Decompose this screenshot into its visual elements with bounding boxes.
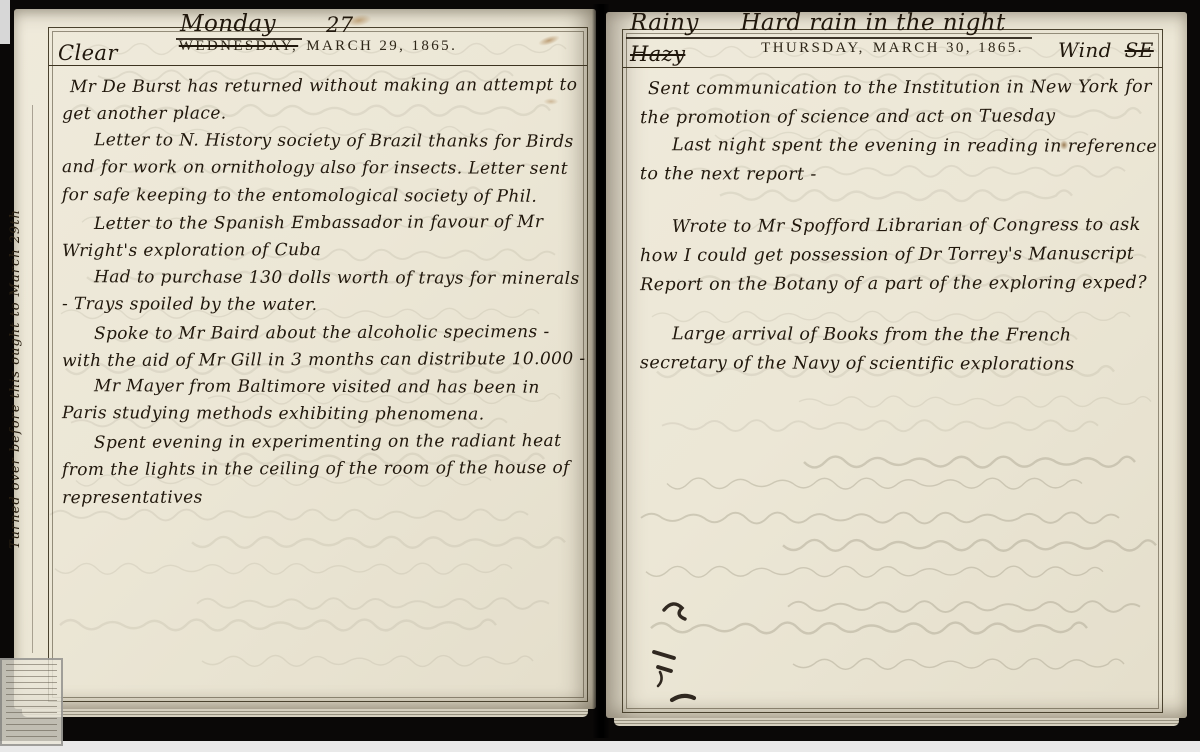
diary-entry: Spent evening in experimenting on the ra… bbox=[62, 428, 590, 513]
wind-value-struck: SE bbox=[1125, 38, 1154, 62]
diary-entry: Wrote to Mr Spofford Librarian of Congre… bbox=[640, 211, 1160, 300]
diary-entry: Letter to the Spanish Embassador in favo… bbox=[62, 209, 590, 266]
diary-page-left: Monday 27 WEDNESDAY, MARCH 29, 1865. Cle… bbox=[14, 9, 596, 709]
book-scan-background: Monday 27 WEDNESDAY, MARCH 29, 1865. Cle… bbox=[0, 0, 1200, 741]
scanner-edge-notch bbox=[0, 0, 10, 44]
diary-entry: Mr De Burst has returned without making … bbox=[62, 72, 590, 129]
weather-annotation: Clear bbox=[58, 41, 118, 65]
wind-annotation: Wind SE bbox=[1058, 38, 1154, 62]
diary-entry: Had to purchase 130 dolls worth of trays… bbox=[62, 264, 590, 321]
printed-date-text: MARCH 29, 1865. bbox=[306, 38, 457, 55]
printed-day-name: THURSDAY, bbox=[761, 40, 865, 57]
page-sheet-edges bbox=[614, 718, 1179, 726]
weather-annotation-struck: Hazy bbox=[630, 42, 685, 66]
printed-date-header-left: WEDNESDAY, MARCH 29, 1865. bbox=[49, 28, 587, 66]
wind-label: Wind bbox=[1058, 38, 1112, 62]
printed-date-text: MARCH 30, 1865. bbox=[873, 40, 1024, 57]
viewer-navigator-thumbnail[interactable] bbox=[0, 658, 63, 746]
diary-entry: Large arrival of Books from the the Fren… bbox=[640, 320, 1160, 380]
diary-entry: Spoke to Mr Baird about the alcoholic sp… bbox=[62, 319, 590, 376]
diary-entry: Letter to N. History society of Brazil t… bbox=[62, 127, 590, 211]
page-sheet-edges bbox=[22, 709, 588, 717]
diary-page-right: Rainy Hard rain in the night THURSDAY, M… bbox=[606, 12, 1187, 718]
diary-entry: Last night spent the evening in reading … bbox=[640, 131, 1160, 191]
diary-entry: Sent communication to the Institution in… bbox=[640, 73, 1160, 133]
diary-entries-left: Mr De Burst has returned without making … bbox=[62, 73, 590, 512]
printed-day-name-struck: WEDNESDAY, bbox=[179, 38, 298, 55]
diary-entry: Mr Mayer from Baltimore visited and has … bbox=[62, 374, 590, 431]
thumbnail-text-lines bbox=[6, 664, 57, 740]
vertical-margin-note: Turned over before this ought to March 2… bbox=[8, 105, 33, 653]
diary-entries-right: Sent communication to the Institution in… bbox=[640, 74, 1160, 379]
